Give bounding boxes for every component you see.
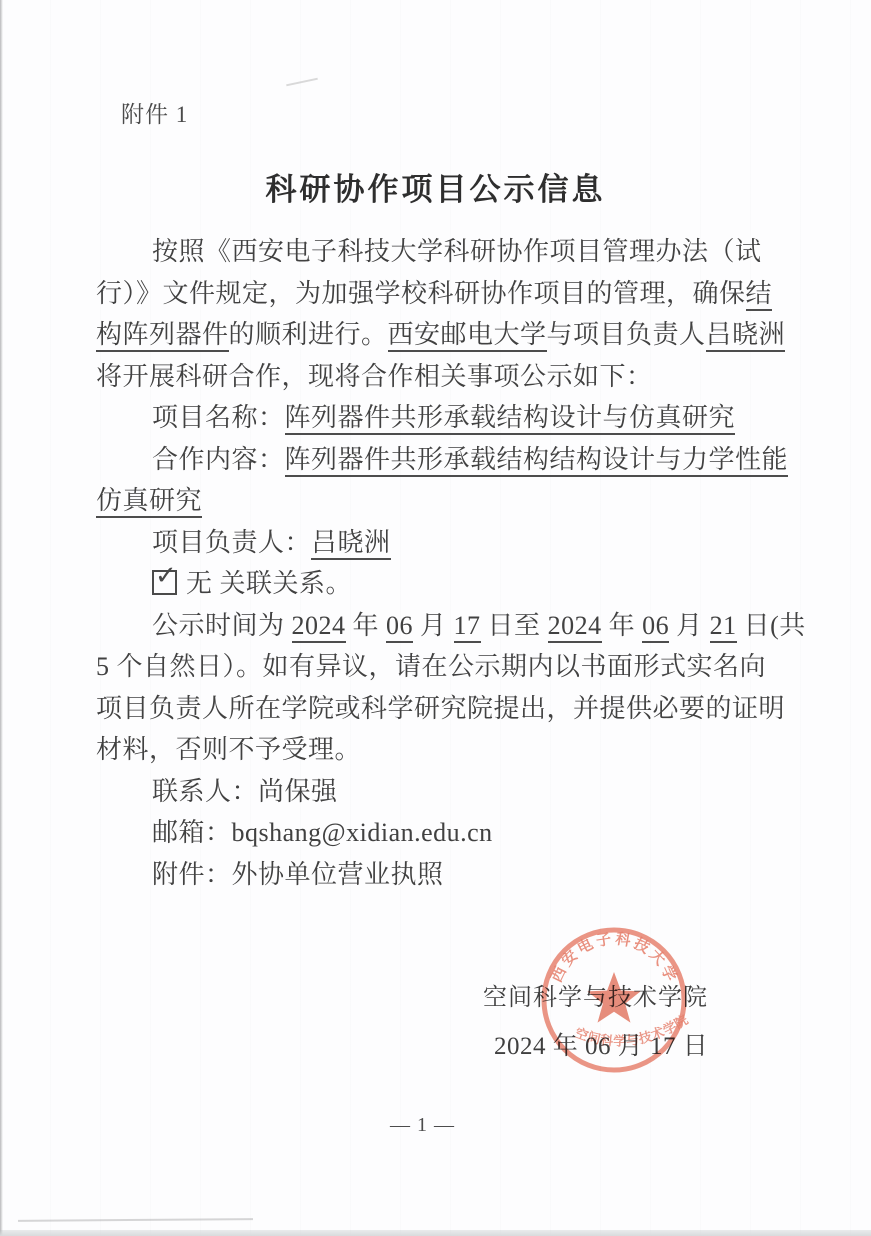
scan-edge-bottom (0, 1230, 871, 1236)
period-text: 材料，否则不予受理。 (96, 735, 361, 764)
scan-artifact-bottom (18, 1218, 253, 1222)
underlined-leader-name: 吕晓洲 (706, 320, 786, 352)
project-name-label: 项目名称： (152, 403, 285, 432)
scanned-document-page: 附件 1 科研协作项目公示信息 按照《西安电子科技大学科研协作项目管理办法（试 … (0, 0, 871, 1236)
cooperation-label: 合作内容： (152, 445, 285, 474)
period-separator: 年 (602, 611, 643, 640)
intro-line-1: 按照《西安电子科技大学科研协作项目管理办法（试 (96, 231, 800, 273)
underlined-partner-university: 西安邮电大学 (388, 320, 547, 352)
contact-email-value: bqshang@xidian.edu.cn (232, 818, 493, 847)
period-line-1: 公示时间为 2024 年 06 月 17 日至 2024 年 06 月 21 日… (96, 605, 800, 647)
scan-edge-left (0, 0, 3, 1236)
period-separator: 年 (346, 611, 387, 640)
underlined-term-structure-cont: 构阵列器件 (96, 320, 229, 352)
document-title: 科研协作项目公示信息 (0, 164, 871, 209)
contact-email-line: 邮箱：bqshang@xidian.edu.cn (96, 812, 800, 854)
period-start-year: 2024 (292, 611, 346, 643)
official-seal: 西安电子科技大学 空间科学与技术学院 (534, 920, 694, 1080)
period-start-month: 06 (386, 611, 413, 643)
check-mark-icon: ✓ (155, 563, 177, 589)
attachment-number-label: 附件 1 (121, 96, 188, 129)
period-separator: 月 (669, 611, 710, 640)
period-text: 5 个自然日）。如有异议，请在公示期内以书面形式实名向 (96, 652, 766, 681)
period-line-2: 5 个自然日）。如有异议，请在公示期内以书面形式实名向 (96, 646, 800, 688)
seal-star-icon (587, 972, 640, 1023)
document-body: 按照《西安电子科技大学科研协作项目管理办法（试 行）》文件规定，为加强学校科研协… (96, 231, 800, 895)
intro-line-3: 构阵列器件的顺利进行。西安邮电大学与项目负责人吕晓洲 (96, 314, 800, 356)
period-suffix: 日(共 (737, 611, 806, 640)
checked-checkbox-icon: ✓ (152, 570, 177, 595)
intro-text: 行）》文件规定，为加强学校科研协作项目的管理，确保 (96, 279, 746, 308)
cooperation-value-cont: 仿真研究 (96, 486, 202, 518)
period-line-4: 材料，否则不予受理。 (96, 729, 800, 771)
intro-text: 的顺利进行。 (229, 320, 388, 349)
period-text: 项目负责人所在学院或科学研究院提出，并提供必要的证明 (96, 694, 785, 723)
project-name-line: 项目名称：阵列器件共形承载结构设计与仿真研究 (96, 397, 800, 439)
relation-line: ✓无 关联关系。 (96, 563, 800, 605)
cooperation-line-1: 合作内容：阵列器件共形承载结构结构设计与力学性能 (96, 439, 800, 481)
cooperation-line-2: 仿真研究 (96, 480, 800, 522)
relation-statement: 无 关联关系。 (186, 569, 352, 598)
period-separator: 月 (413, 611, 454, 640)
seal-department-text: 空间科学与技术学院 (573, 1012, 691, 1049)
contact-person-value: 尚保强 (258, 777, 338, 806)
intro-text: 将开展科研合作，现将合作相关事项公示如下： (96, 362, 653, 391)
underlined-term-structure: 结 (746, 279, 773, 311)
scan-artifact-top (286, 78, 318, 87)
contact-email-label: 邮箱： (152, 818, 232, 847)
intro-text: 与项目负责人 (547, 320, 706, 349)
period-end-day: 21 (710, 611, 737, 643)
period-prefix: 公示时间为 (152, 611, 292, 640)
attachment-line: 附件：外协单位营业执照 (96, 854, 800, 896)
period-start-day: 17 (454, 611, 481, 643)
period-end-month: 06 (642, 611, 669, 643)
attachment-list-value: 外协单位营业执照 (232, 860, 444, 889)
intro-line-4: 将开展科研合作，现将合作相关事项公示如下： (96, 356, 800, 398)
period-line-3: 项目负责人所在学院或科学研究院提出，并提供必要的证明 (96, 688, 800, 730)
leader-line: 项目负责人：吕晓洲 (96, 522, 800, 564)
leader-label: 项目负责人： (152, 528, 311, 557)
attachment-list-label: 附件： (152, 860, 232, 889)
page-number: — 1 — (390, 1114, 455, 1137)
period-end-year: 2024 (548, 611, 602, 643)
intro-text: 按照《西安电子科技大学科研协作项目管理办法（试 (152, 237, 762, 266)
period-separator: 日至 (481, 611, 548, 640)
leader-value: 吕晓洲 (311, 528, 391, 560)
intro-line-2: 行）》文件规定，为加强学校科研协作项目的管理，确保结 (96, 273, 800, 315)
contact-person-label: 联系人： (152, 777, 258, 806)
contact-person-line: 联系人：尚保强 (96, 771, 800, 813)
cooperation-value: 阵列器件共形承载结构结构设计与力学性能 (285, 445, 789, 477)
project-name-value: 阵列器件共形承载结构设计与仿真研究 (285, 403, 736, 435)
